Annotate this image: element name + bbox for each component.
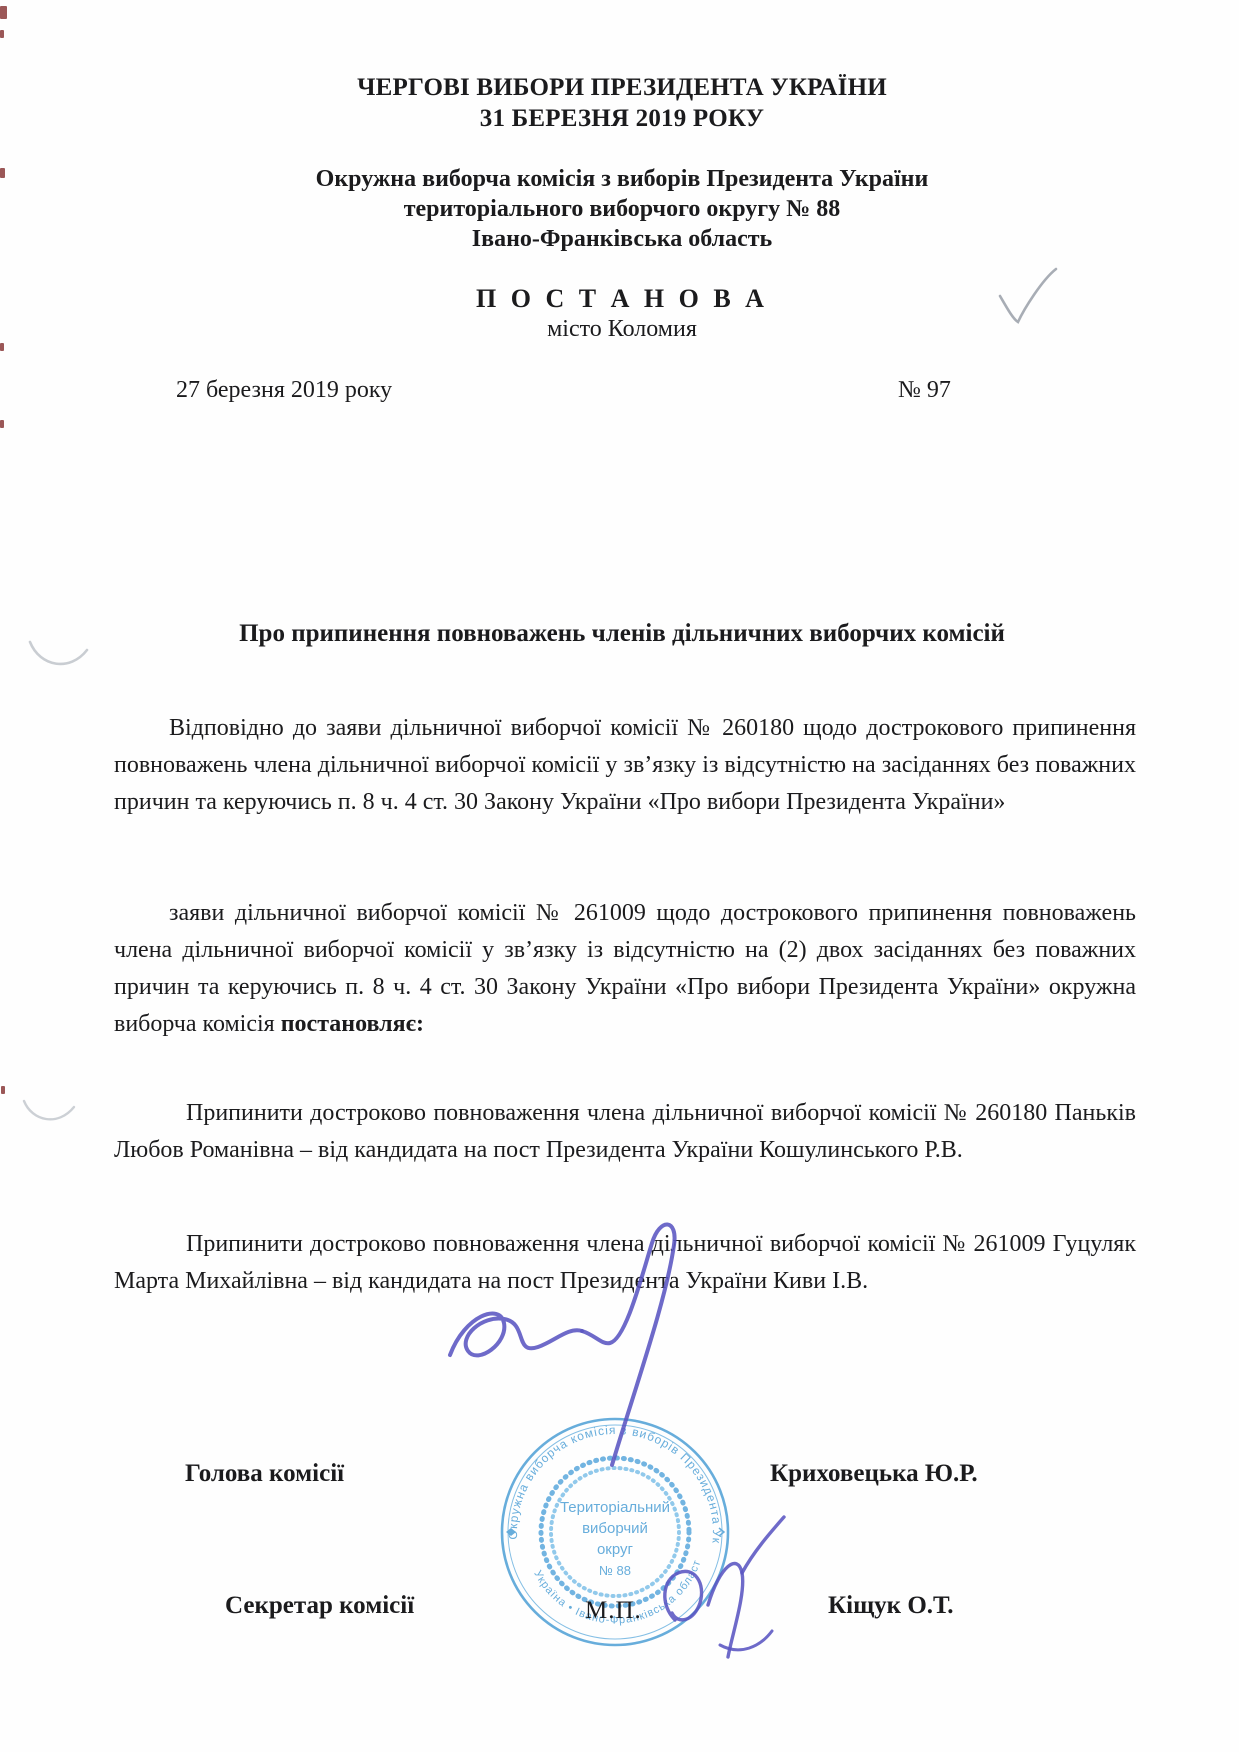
chairman-name-label: Криховецька Ю.Р.	[770, 1460, 978, 1488]
scan-artifact-curl	[20, 1093, 80, 1133]
seal-place-mark: М.П.	[585, 1597, 642, 1625]
secretary-name-label: Кіщук О.Т.	[828, 1592, 953, 1620]
paragraph-grounds-2: заяви дільничної виборчої комісії № 2610…	[114, 895, 1136, 1043]
commission-name-line3: Івано-Франківська область	[110, 226, 1134, 253]
chairman-title-label: Голова комісії	[185, 1460, 344, 1488]
document-date: 27 березня 2019 року	[176, 377, 392, 404]
scan-artifact-speck	[0, 420, 4, 428]
election-title-line1: ЧЕРГОВІ ВИБОРИ ПРЕЗИДЕНТА УКРАЇНИ	[110, 74, 1134, 102]
election-title-line2: 31 БЕРЕЗНЯ 2019 РОКУ	[110, 105, 1134, 133]
paragraph-text: Відповідно до заяви дільничної виборчої …	[114, 715, 1136, 815]
scan-artifact-speck	[0, 343, 4, 351]
scan-artifact-curl	[25, 632, 95, 677]
secretary-signature	[620, 1495, 820, 1685]
document-number: № 97	[898, 377, 951, 404]
document-subject: Про припинення повноважень членів дільни…	[110, 620, 1134, 648]
paragraph-grounds-1: Відповідно до заяви дільничної виборчої …	[114, 710, 1136, 821]
document-type-heading: П О С Т А Н О В А	[110, 284, 1134, 314]
scan-artifact-speck	[0, 6, 7, 19]
commission-name-line2: територіального виборчого округу № 88	[110, 196, 1134, 223]
secretary-title-label: Секретар комісії	[225, 1592, 414, 1620]
paragraph-text: заяви дільничної виборчої комісії № 2610…	[114, 900, 1136, 1037]
paragraph-text: Припинити достроково повноваження члена …	[114, 1100, 1136, 1163]
paragraph-resolution-1: Припинити достроково повноваження члена …	[114, 1095, 1136, 1169]
chairman-signature	[430, 1215, 730, 1495]
document-city: місто Коломия	[110, 316, 1134, 343]
scan-artifact-speck	[1, 1086, 5, 1094]
scan-artifact-speck	[0, 30, 4, 38]
commission-name-line1: Окружна виборча комісія з виборів Презид…	[110, 166, 1134, 193]
paragraph-bold-resolves: постановляє:	[281, 1011, 424, 1037]
document-page: ЧЕРГОВІ ВИБОРИ ПРЕЗИДЕНТА УКРАЇНИ 31 БЕР…	[0, 0, 1239, 1752]
scan-artifact-speck	[0, 168, 5, 178]
